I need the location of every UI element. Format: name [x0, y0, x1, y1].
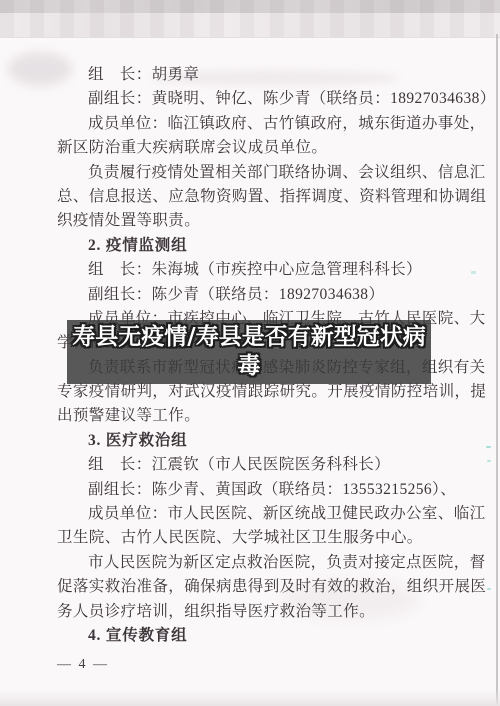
doc-heading-group-3: 3. 医疗救治组: [57, 429, 449, 453]
page-number: — 4 —: [57, 655, 109, 675]
doc-line-duties-cont: 总、信息报送、应急物资购置、指挥调度、资料管理和协调组: [57, 185, 449, 209]
doc-line-duties-cont: 务人员诊疗培训，组织指导医疗救治等工作。: [57, 600, 449, 624]
scan-bottom-shade: [0, 690, 500, 706]
scan-cyan-speck: [487, 588, 491, 590]
scan-cyan-speck: [486, 446, 491, 448]
doc-line-deputy-leaders: 副组长：黄晓明、钟亿、陈少青（联络员：18927034638）: [57, 87, 449, 111]
doc-line-leader: 组 长：朱海城（市疾控中心应急管理科科长）: [57, 258, 449, 282]
scan-cyan-speck: [471, 271, 476, 274]
doc-line-duties: 负责履行疫情处置相关部门联络协调、会议组织、信息汇: [57, 161, 449, 185]
caption-overlay-text-line1: 寿县无疫情/寿县是否有新型冠状病: [72, 323, 425, 352]
caption-overlay-text-line2: 毒: [238, 352, 261, 381]
scan-page-edge-line: [496, 34, 498, 706]
doc-heading-group-4: 4. 宣传教育组: [57, 624, 449, 648]
doc-line-leader: 组 长：胡勇章: [57, 63, 449, 87]
doc-line-member-units-cont: 卫生院、古竹人民医院、大学城社区卫生服务中心。: [57, 526, 449, 550]
doc-line-leader: 组 长：江震钦（市人民医院医务科科长）: [57, 453, 449, 477]
doc-line-member-units: 成员单位：临江镇政府、古竹镇政府，城东街道办事处，: [57, 112, 449, 136]
doc-line-duties-cont: 出预警建议等工作。: [57, 404, 449, 428]
scan-cyan-speck: [487, 460, 491, 462]
doc-heading-group-2: 2. 疫情监测组: [57, 234, 449, 258]
doc-line-duties-cont: 织疫情处置等职责。: [57, 209, 449, 233]
caption-overlay-banner: 寿县无疫情/寿县是否有新型冠状病 毒: [67, 320, 431, 384]
doc-line-deputy-leaders: 副组长：陈少青（联络员：18927034638）: [57, 283, 449, 307]
doc-line-deputy-leaders: 副组长：陈少青、黄国政（联络员：13553215256）、: [57, 478, 449, 502]
doc-line-member-units: 成员单位：市人民医院、新区统战卫健民政办公室、临江: [57, 502, 449, 526]
document-page: 组 长：胡勇章 副组长：黄晓明、钟亿、陈少青（联络员：18927034638） …: [0, 0, 500, 706]
doc-line-duties: 市人民医院为新区定点救治医院，负责对接定点医院，督: [57, 551, 449, 575]
doc-line-member-units-cont: 新区防治重大疾病联席会议成员单位。: [57, 136, 449, 160]
doc-line-duties-cont: 促落实救治准备，确保病患得到及时有效的救治，组织开展医: [57, 575, 449, 599]
scan-top-band-texture: [0, 0, 500, 37]
